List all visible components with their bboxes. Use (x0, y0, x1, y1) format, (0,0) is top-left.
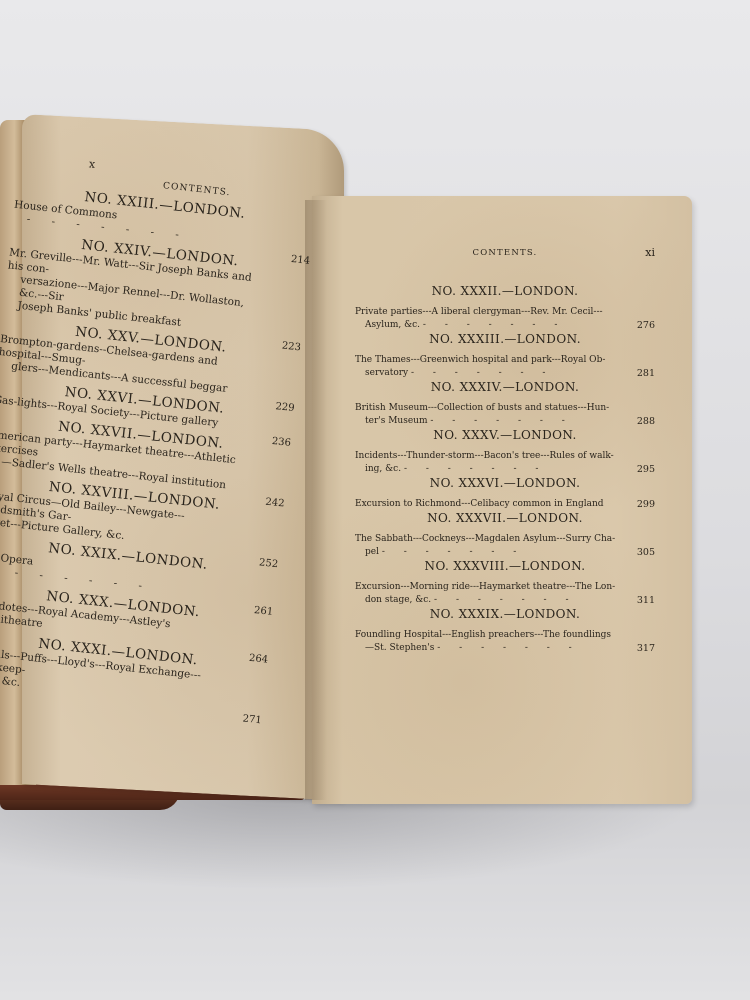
section-heading: NO. XXXIX.—LONDON. (355, 607, 655, 621)
entry-line: The Sabbath---Cockneys---Magdalen Asylum… (355, 533, 621, 546)
entry-line: Foundling Hospital---English preachers--… (355, 629, 621, 642)
page-number: 311 (637, 594, 655, 607)
dot-leader: - - - - - - - (423, 320, 565, 330)
section-heading: NO. XXXIII.—LONDON. (355, 332, 655, 346)
toc-entry: Incidents---Thunder-storm---Bacon's tree… (355, 450, 655, 476)
page-number: 317 (637, 642, 655, 655)
page-number: 288 (637, 415, 655, 428)
dot-leader: - - - - - - - (434, 595, 576, 605)
right-page-contents: CONTENTS. xi NO. XXXII.—LONDON. Private … (355, 248, 655, 655)
entry-line-text: don stage, &c. (365, 595, 431, 605)
entry-line-text: servatory (365, 368, 408, 378)
entry-line: servatory - - - - - - - (355, 367, 621, 380)
page-number: 252 (258, 556, 278, 571)
toc-section: NO. XXXVI.—LONDON. Excursion to Richmond… (355, 476, 655, 511)
left-page-contents: x CONTENTS. NO. XXIII.—LONDON. House of … (0, 150, 318, 715)
entry-line: Private parties---A liberal clergyman---… (355, 306, 621, 319)
page-number: 214 (290, 253, 310, 268)
page-number: 299 (637, 498, 655, 511)
right-contents-header: CONTENTS. (355, 248, 655, 258)
page-number: 295 (637, 463, 655, 476)
entry-line: ter's Museum - - - - - - - (355, 415, 621, 428)
toc-entry: British Museum---Collection of busts and… (355, 402, 655, 428)
entry-line-text: ing, &c. (365, 464, 401, 474)
toc-entry: Excursion to Richmond---Celibacy common … (355, 498, 655, 511)
toc-entry: The Sabbath---Cockneys---Magdalen Asylum… (355, 533, 655, 559)
section-heading: NO. XXXII.—LONDON. (355, 284, 655, 298)
page-number: 223 (281, 339, 301, 354)
dot-leader: - - - - - - - (411, 368, 553, 378)
page-number: 236 (271, 435, 291, 450)
dot-leader: - - - - - - - (404, 464, 546, 474)
dot-leader: - - - - - - - (437, 643, 579, 653)
toc-section: NO. XXXIII.—LONDON. The Thames---Greenwi… (355, 332, 655, 380)
page-number: 276 (637, 319, 655, 332)
toc-section: NO. XXXIX.—LONDON. Foundling Hospital---… (355, 607, 655, 655)
toc-entry: Excursion---Morning ride---Haymarket the… (355, 581, 655, 607)
entry-line: British Museum---Collection of busts and… (355, 402, 621, 415)
entry-line-text: pel (365, 547, 379, 557)
entry-line: ing, &c. - - - - - - - (355, 463, 621, 476)
entry-line: Incidents---Thunder-storm---Bacon's tree… (355, 450, 621, 463)
toc-entry: Foundling Hospital---English preachers--… (355, 629, 655, 655)
entry-line: don stage, &c. - - - - - - - (355, 594, 621, 607)
page-number: 264 (248, 652, 268, 667)
page-number: 229 (275, 400, 295, 415)
toc-entry: Private parties---A liberal clergyman---… (355, 306, 655, 332)
entry-line: pel - - - - - - - (355, 546, 621, 559)
entry-line-text: —St. Stephen's (365, 643, 434, 653)
page-number: 261 (253, 604, 273, 619)
entry-line: Excursion---Morning ride---Haymarket the… (355, 581, 621, 594)
section-heading: NO. XXXVI.—LONDON. (355, 476, 655, 490)
toc-entry: The Thames---Greenwich hospital and park… (355, 354, 655, 380)
entry-line: The Thames---Greenwich hospital and park… (355, 354, 621, 367)
toc-section: NO. XXXII.—LONDON. Private parties---A l… (355, 284, 655, 332)
toc-section: NO. XXXVIII.—LONDON. Excursion---Morning… (355, 559, 655, 607)
page-number: 281 (637, 367, 655, 380)
page-number: 271 (242, 712, 262, 727)
right-folio: xi (645, 246, 655, 259)
dot-leader: - - - - - - - (382, 547, 524, 557)
toc-section: NO. XXXIV.—LONDON. British Museum---Coll… (355, 380, 655, 428)
left-folio: x (88, 157, 96, 171)
entry-line: Excursion to Richmond---Celibacy common … (355, 498, 621, 511)
entry-line: Asylum, &c. - - - - - - - (355, 319, 621, 332)
entry-line-text: Asylum, &c. (365, 320, 420, 330)
toc-section: NO. XXXVII.—LONDON. The Sabbath---Cockne… (355, 511, 655, 559)
section-heading: NO. XXXVII.—LONDON. (355, 511, 655, 525)
toc-section: NO. XXXV.—LONDON. Incidents---Thunder-st… (355, 428, 655, 476)
section-heading: NO. XXXVIII.—LONDON. (355, 559, 655, 573)
entry-line: —St. Stephen's - - - - - - - (355, 642, 621, 655)
page-number: 305 (637, 546, 655, 559)
dot-leader: - - - - - - - (430, 416, 572, 426)
section-heading: NO. XXXV.—LONDON. (355, 428, 655, 442)
book-gutter (305, 200, 327, 800)
section-heading: NO. XXXIV.—LONDON. (355, 380, 655, 394)
right-page-head: CONTENTS. xi (355, 248, 655, 264)
entry-line-text: ter's Museum (365, 416, 428, 426)
page-number: 242 (265, 496, 285, 511)
